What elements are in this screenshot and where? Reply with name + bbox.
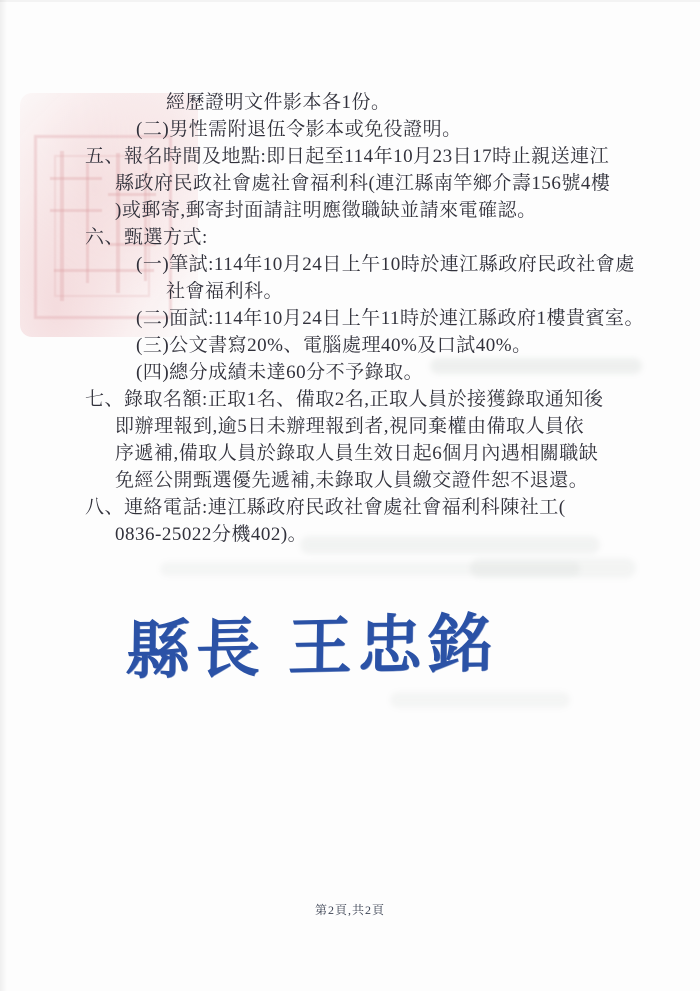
document-text-line: (四)總分成績未達60分不予錄取。 (0, 359, 700, 386)
document-text-line: 即辦理報到,逾5日未辦理報到者,視同棄權由備取人員依 (0, 413, 700, 440)
document-text-line: (一)筆試:114年10月24日上午10時於連江縣政府民政社會處 (0, 251, 700, 278)
document-text-line: 0836-25022分機402)。 (0, 521, 700, 548)
page-footer: 第2頁,共2頁 (0, 901, 700, 918)
document-body: 經歷證明文件影本各1份。 (二)男性需附退伍令影本或免役證明。 五、報名時間及地… (0, 89, 700, 548)
document-text-line: (二)面試:114年10月24日上午11時於連江縣政府1樓貴賓室。 (0, 305, 700, 332)
document-text-line: 五、報名時間及地點:即日起至114年10月23日17時止親送連江 (0, 143, 700, 170)
document-text-line: 序遞補,備取人員於錄取人員生效日起6個月內遇相關職缺 (0, 440, 700, 467)
document-text-line: )或郵寄,郵寄封面請註明應徵職缺並請來電確認。 (0, 197, 700, 224)
document-text-line: 經歷證明文件影本各1份。 (0, 89, 700, 116)
scan-edge-shadow-top (0, 0, 700, 2)
document-text-line: 七、錄取名額:正取1名、備取2名,正取人員於接獲錄取通知後 (0, 386, 700, 413)
county-magistrate-signature: 縣長 王忠銘 (125, 592, 498, 692)
document-text-line: (三)公文書寫20%、電腦處理40%及口試40%。 (0, 332, 700, 359)
document-text-line: (二)男性需附退伍令影本或免役證明。 (0, 116, 700, 143)
bleedthrough-smudge (160, 562, 580, 576)
bleedthrough-smudge (390, 692, 570, 708)
document-text-line: 社會福利科。 (0, 278, 700, 305)
document-text-line: 八、連絡電話:連江縣政府民政社會處社會福利科陳社工( (0, 494, 700, 521)
document-text-line: 免經公開甄選優先遞補,未錄取人員繳交證件恕不退還。 (0, 467, 700, 494)
scanned-document-page: 經歷證明文件影本各1份。 (二)男性需附退伍令影本或免役證明。 五、報名時間及地… (0, 0, 700, 991)
document-text-line: 縣政府民政社會處社會福利科(連江縣南竿鄉介壽156號4樓 (0, 170, 700, 197)
document-text-line: 六、甄選方式: (0, 224, 700, 251)
